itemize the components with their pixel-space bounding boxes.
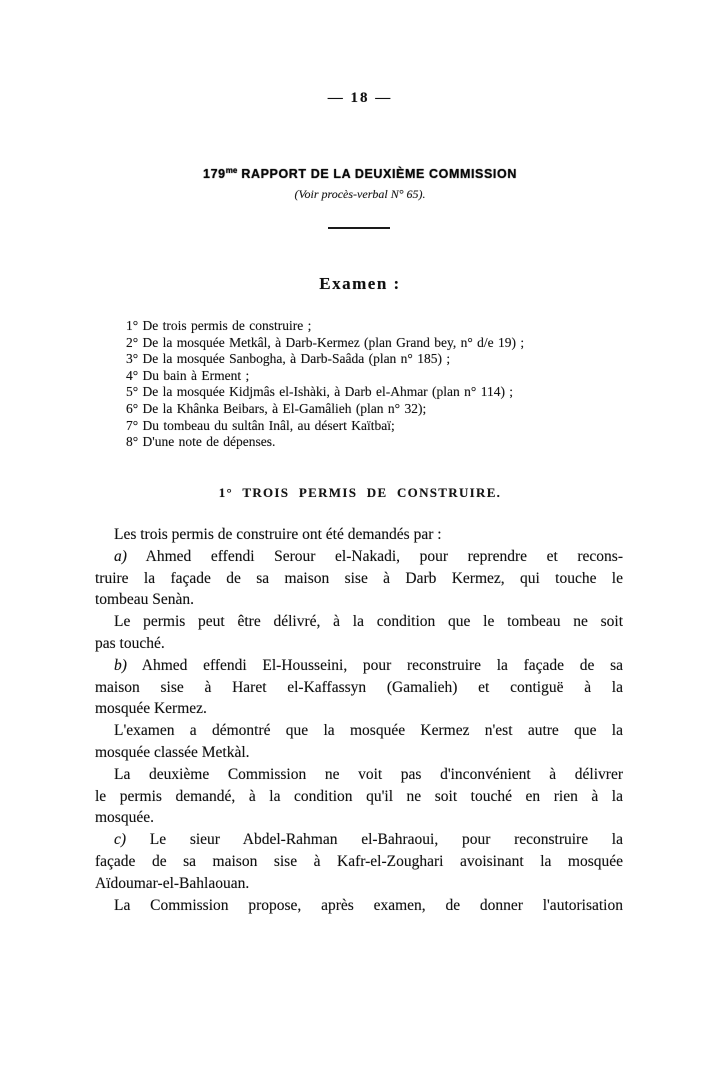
body-line: façade de sa maison sise à Kafr-el-Zough… <box>95 851 623 873</box>
body-line-text: le permis demandé, à la condition qu'il … <box>95 788 623 805</box>
body-line: truire la façade de sa maison sise à Dar… <box>95 568 623 590</box>
body-line-text: Ahmed effendi El-Housseini, pour reconst… <box>127 657 623 674</box>
body-line-text: Aïdoumar-el-Bahlaouan. <box>95 875 249 892</box>
divider-rule <box>328 227 390 229</box>
scanned-document-page: — 18 — 179me RAPPORT DE LA DEUXIÈME COMM… <box>0 0 720 1075</box>
body-line-text: L'examen a démontré que la mosquée Kerme… <box>114 722 623 739</box>
body-line: Aïdoumar-el-Bahlaouan. <box>95 873 623 895</box>
report-title-text: RAPPORT DE LA DEUXIÈME COMMISSION <box>237 167 517 181</box>
examen-item: 5° De la mosquée Kidjmâs el-Ishàki, à Da… <box>126 384 524 401</box>
body-line: maison sise à Haret el-Kaffassyn (Gamali… <box>95 677 623 699</box>
body-line: mosquée. <box>95 807 623 829</box>
report-title: 179me RAPPORT DE LA DEUXIÈME COMMISSION <box>0 166 720 181</box>
body-line-text: Le sieur Abdel-Rahman el-Bahraoui, pour … <box>126 831 623 848</box>
body-line: La Commission propose, après examen, de … <box>95 895 623 917</box>
body-text: Les trois permis de construire ont été d… <box>95 524 623 916</box>
page-number: — 18 — <box>0 90 720 107</box>
report-subtitle: (Voir procès-verbal N° 65). <box>0 187 720 202</box>
report-title-ordinal: me <box>226 166 238 175</box>
examen-item: 1° De trois permis de construire ; <box>126 318 524 335</box>
item-marker-b: b) <box>114 657 127 674</box>
examen-item: 7° Du tombeau du sultân Inâl, au désert … <box>126 418 524 435</box>
examen-item: 4° Du bain à Erment ; <box>126 368 524 385</box>
examen-list: 1° De trois permis de construire ; 2° De… <box>126 318 524 451</box>
body-line: mosquée Kermez. <box>95 698 623 720</box>
body-line-text: façade de sa maison sise à Kafr-el-Zough… <box>95 853 623 870</box>
examen-item: 6° De la Khânka Beibars, à El-Gamâlieh (… <box>126 401 524 418</box>
body-line: c) Le sieur Abdel-Rahman el-Bahraoui, po… <box>95 829 623 851</box>
body-line-text: Le permis peut être délivré, à la condit… <box>114 613 623 630</box>
item-marker-c: c) <box>114 831 126 848</box>
body-line-text: Les trois permis de construire ont été d… <box>114 526 442 543</box>
body-line: b) Ahmed effendi El-Housseini, pour reco… <box>95 655 623 677</box>
body-line: tombeau Senàn. <box>95 589 623 611</box>
body-line: le permis demandé, à la condition qu'il … <box>95 786 623 808</box>
body-line-text: maison sise à Haret el-Kaffassyn (Gamali… <box>95 679 623 696</box>
body-line: Le permis peut être délivré, à la condit… <box>95 611 623 633</box>
body-line-text: tombeau Senàn. <box>95 591 194 608</box>
body-line-text: mosquée classée Metkàl. <box>95 744 250 761</box>
body-line-text: La Commission propose, après examen, de … <box>114 897 623 914</box>
report-title-number: 179 <box>203 167 226 181</box>
body-line-text: pas touché. <box>95 635 165 652</box>
body-line: La deuxième Commission ne voit pas d'inc… <box>95 764 623 786</box>
section-heading: 1° TROIS PERMIS DE CONSTRUIRE. <box>0 485 720 501</box>
body-line: a) Ahmed effendi Serour el-Nakadi, pour … <box>95 546 623 568</box>
examen-item: 8° D'une note de dépenses. <box>126 434 524 451</box>
examen-item: 3° De la mosquée Sanbogha, à Darb-Saâda … <box>126 351 524 368</box>
body-line: mosquée classée Metkàl. <box>95 742 623 764</box>
examen-heading: Examen : <box>0 274 720 294</box>
body-line: Les trois permis de construire ont été d… <box>95 524 623 546</box>
body-line-text: truire la façade de sa maison sise à Dar… <box>95 570 623 587</box>
body-line-text: mosquée. <box>95 809 154 826</box>
body-line-text: La deuxième Commission ne voit pas d'inc… <box>114 766 623 783</box>
body-line: pas touché. <box>95 633 623 655</box>
body-line-text: Ahmed effendi Serour el-Nakadi, pour rep… <box>127 548 623 565</box>
examen-item: 2° De la mosquée Metkâl, à Darb-Kermez (… <box>126 335 524 352</box>
body-line: L'examen a démontré que la mosquée Kerme… <box>95 720 623 742</box>
body-line-text: mosquée Kermez. <box>95 700 207 717</box>
item-marker-a: a) <box>114 548 127 565</box>
